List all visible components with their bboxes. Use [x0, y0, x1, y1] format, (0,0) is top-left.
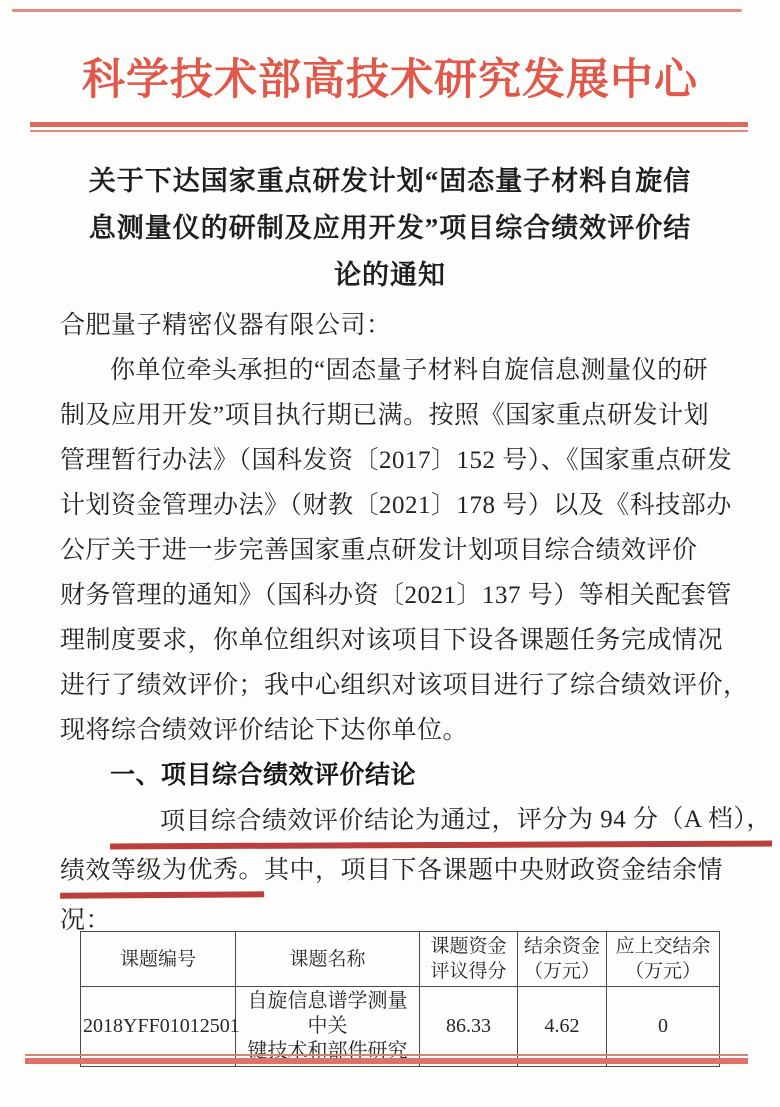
body-paragraph-line: 计划资金管理办法》（财教〔2021〕178 号）以及《科技部办 [60, 483, 724, 528]
document-title-line: 论的通知 [40, 252, 740, 299]
table-header-row: 课题编号 课题名称 课题资金 评议得分 结余资金 （万元） 应上交结余 （万元） [81, 932, 720, 987]
scanned-official-notice-page: 科学技术部高技术研究发展中心 关于下达国家重点研发计划“固态量子材料自旋信 息测… [0, 0, 780, 1107]
header-cell-review-score: 课题资金 评议得分 [420, 932, 518, 987]
document-title: 关于下达国家重点研发计划“固态量子材料自旋信 息测量仪的研制及应用开发”项目综合… [40, 158, 740, 299]
underlined-evaluation-result: 项目综合绩效评价结论为通过，评分为 94 分（A 档）， [110, 802, 772, 850]
evaluation-result-line-1: 项目综合绩效评价结论为通过，评分为 94 分（A 档）， [60, 798, 724, 848]
header-cell-balance-funds: 结余资金 （万元） [518, 932, 607, 987]
header-cell-project-code: 课题编号 [81, 932, 236, 987]
header-cell-funds-to-return: 应上交结余 （万元） [607, 932, 720, 987]
footer-double-rule [25, 1054, 748, 1064]
footer-rule-thin [25, 1054, 748, 1056]
footer-rule-thick [25, 1058, 748, 1064]
document-body: 合肥量子精密仪器有限公司： 你单位牵头承担的“固态量子材料自旋信息测量仪的研 制… [60, 303, 724, 943]
body-paragraph-line: 财务管理的通知》（国科办资〔2021〕137 号）等相关配套管 [60, 573, 724, 618]
letterhead-rule-thick [30, 122, 748, 127]
balance-intro-text: 其中，项目下各课题中央财政资金结余情 [264, 857, 723, 884]
body-paragraph-line: 理制度要求，你单位组织对该项目下设各课题任务完成情况 [60, 618, 724, 663]
document-title-line: 息测量仪的研制及应用开发”项目综合绩效评价结 [40, 205, 740, 252]
underlined-performance-grade: 绩效等级为优秀。 [60, 852, 264, 898]
header-cell-project-name: 课题名称 [236, 932, 420, 987]
document-title-line: 关于下达国家重点研发计划“固态量子材料自旋信 [40, 158, 740, 205]
budget-balance-table-wrap: 课题编号 课题名称 课题资金 评议得分 结余资金 （万元） 应上交结余 （万元）… [80, 931, 720, 1067]
body-paragraph-line: 制及应用开发”项目执行期已满。按照《国家重点研发计划 [60, 393, 724, 438]
evaluation-result-line-2: 绩效等级为优秀。其中，项目下各课题中央财政资金结余情 [60, 848, 724, 898]
top-red-hairline [12, 9, 742, 12]
body-paragraph-line: 进行了绩效评价；我中心组织对该项目进行了综合绩效评价， [60, 663, 724, 708]
body-paragraph-line: 公厅关于进一步完善国家重点研发计划项目综合绩效评价 [60, 528, 724, 573]
body-paragraph-line: 现将综合绩效评价结论下达你单位。 [60, 708, 724, 753]
letterhead-rule-thin [30, 130, 748, 132]
budget-balance-table: 课题编号 课题名称 课题资金 评议得分 结余资金 （万元） 应上交结余 （万元）… [80, 931, 720, 1067]
section-heading-evaluation-conclusion: 一、项目综合绩效评价结论 [60, 753, 724, 798]
recipient-salutation: 合肥量子精密仪器有限公司： [60, 303, 724, 348]
body-paragraph-line: 你单位牵头承担的“固态量子材料自旋信息测量仪的研 [60, 348, 724, 393]
letterhead-double-rule [30, 122, 748, 132]
body-paragraph-line: 管理暂行办法》（国科发资〔2017〕152 号）、《国家重点研发 [60, 438, 724, 483]
letterhead-org-title: 科学技术部高技术研究发展中心 [0, 46, 780, 107]
